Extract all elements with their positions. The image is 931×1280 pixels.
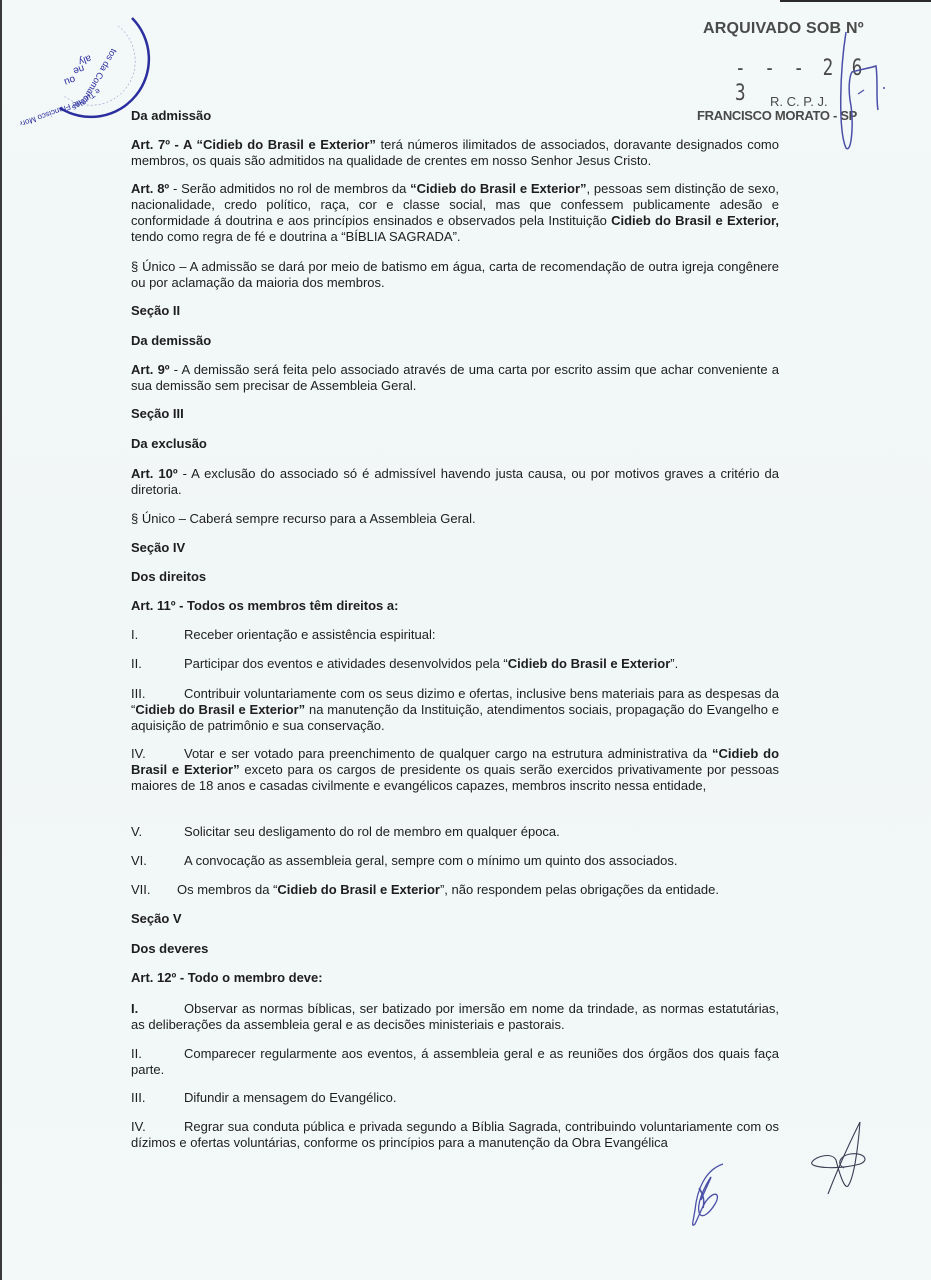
filing-stamp-city: FRANCISCO MORATO - SP bbox=[697, 108, 857, 123]
article-8-text-a: - Serão admitidos no rol de membros da bbox=[169, 181, 410, 196]
article-9-text: - A demissão será feita pelo associado a… bbox=[131, 362, 779, 393]
heading-dos-direitos: Dos direitos bbox=[131, 569, 206, 585]
item-text: Receber orientação e assistência espirit… bbox=[184, 627, 435, 642]
article-8-org-name: “Cidieb do Brasil e Exterior” bbox=[410, 181, 586, 196]
item-number: I. bbox=[131, 627, 184, 643]
duties-item-4: IV.Regrar sua conduta pública e privada … bbox=[131, 1119, 779, 1151]
heading-dos-deveres: Dos deveres bbox=[131, 941, 208, 957]
item-text-end: ”. bbox=[670, 656, 678, 671]
rights-item-1: I.Receber orientação e assistência espir… bbox=[131, 627, 779, 643]
article-10-text: - A exclusão do associado só é admissíve… bbox=[131, 466, 779, 497]
article-8: Art. 8º - Serão admitidos no rol de memb… bbox=[131, 181, 779, 245]
scan-edge-left bbox=[0, 0, 2, 1280]
rights-item-3: III.Contribuir voluntariamente com os se… bbox=[131, 686, 779, 734]
item-number: II. bbox=[131, 1046, 184, 1062]
item-text: Votar e ser votado para preenchimento de… bbox=[184, 746, 712, 761]
item-text: Participar dos eventos e atividades dese… bbox=[184, 656, 508, 671]
document-page: tos da Comarca de Francisco Morato e Tut… bbox=[0, 0, 931, 1280]
item-text: Comparecer regularmente aos eventos, á a… bbox=[131, 1046, 779, 1077]
duties-item-2: II.Comparecer regularmente aos eventos, … bbox=[131, 1046, 779, 1078]
svg-text:de Francisco Morato: de Francisco Morato bbox=[20, 98, 82, 125]
duties-item-3: III.Difundir a mensagem do Evangélico. bbox=[131, 1090, 779, 1106]
item-text: Os membros da “ bbox=[177, 882, 277, 897]
rights-item-5: V.Solicitar seu desligamento do rol de m… bbox=[131, 824, 779, 840]
item-org-name: Cidieb do Brasil e Exterior” bbox=[135, 702, 305, 717]
article-8-org-name-2: Cidieb do Brasil e Exterior, bbox=[611, 213, 779, 228]
item-number: IV. bbox=[131, 1119, 184, 1135]
item-number: II. bbox=[131, 656, 184, 672]
article-10: Art. 10º - A exclusão do associado só é … bbox=[131, 466, 779, 498]
article-8-text-c: tendo como regra de fé e doutrina a “BÍB… bbox=[131, 229, 461, 244]
item-number: III. bbox=[131, 686, 184, 702]
item-number: V. bbox=[131, 824, 184, 840]
article-8-paragraph-unico: § Único – A admissão se dará por meio de… bbox=[131, 259, 779, 291]
filing-stamp-registry: R. C. P. J. bbox=[770, 94, 828, 109]
section-3-title: Seção III bbox=[131, 406, 184, 422]
item-text: Difundir a mensagem do Evangélico. bbox=[184, 1090, 396, 1105]
item-org-name: Cidieb do Brasil e Exterior bbox=[277, 882, 440, 897]
signature-2-icon bbox=[808, 1118, 873, 1198]
item-number: VII. bbox=[131, 882, 177, 898]
article-10-label: Art. 10º bbox=[131, 466, 178, 481]
article-12: Art. 12º - Todo o membro deve: bbox=[131, 970, 323, 986]
item-number: III. bbox=[131, 1090, 184, 1106]
item-number: VI. bbox=[131, 853, 184, 869]
article-7-label: Art. 7º - A “Cidieb do Brasil e Exterior… bbox=[131, 137, 376, 152]
item-number: IV. bbox=[131, 746, 184, 762]
item-org-name: Cidieb do Brasil e Exterior bbox=[508, 656, 671, 671]
item-text: Regrar sua conduta pública e privada seg… bbox=[131, 1119, 779, 1150]
rights-item-4: IV.Votar e ser votado para preenchimento… bbox=[131, 746, 779, 794]
item-number: I. bbox=[131, 1001, 184, 1017]
item-text: Observar as normas bíblicas, ser batizad… bbox=[131, 1001, 779, 1032]
item-text: A convocação as assembleia geral, sempre… bbox=[184, 853, 678, 868]
section-5-title: Seção V bbox=[131, 911, 182, 927]
section-2-title: Seção II bbox=[131, 303, 180, 319]
scan-edge-top bbox=[780, 0, 931, 2]
article-11: Art. 11º - Todos os membros têm direitos… bbox=[131, 598, 398, 614]
signature-1-icon bbox=[685, 1160, 735, 1230]
heading-da-admissao: Da admissão bbox=[131, 108, 211, 124]
article-9: Art. 9º - A demissão será feita pelo ass… bbox=[131, 362, 779, 394]
article-9-label: Art. 9º bbox=[131, 362, 170, 377]
article-8-label: Art. 8º bbox=[131, 181, 169, 196]
heading-da-exclusao: Da exclusão bbox=[131, 436, 207, 452]
article-10-paragraph-unico: § Único – Caberá sempre recurso para a A… bbox=[131, 511, 779, 527]
heading-da-demissao: Da demissão bbox=[131, 333, 211, 349]
item-text: Solicitar seu desligamento do rol de mem… bbox=[184, 824, 560, 839]
article-7: Art. 7º - A “Cidieb do Brasil e Exterior… bbox=[131, 137, 779, 169]
initials-signature-icon bbox=[836, 30, 886, 150]
registry-seal-icon: tos da Comarca de Francisco Morato e Tut… bbox=[20, 0, 160, 125]
rights-item-2: II.Participar dos eventos e atividades d… bbox=[131, 656, 779, 672]
item-text-end: ”, não respondem pelas obrigações da ent… bbox=[440, 882, 719, 897]
section-4-title: Seção IV bbox=[131, 540, 185, 556]
svg-text:ou: ou bbox=[63, 73, 77, 87]
rights-item-6: VI.A convocação as assembleia geral, sem… bbox=[131, 853, 779, 869]
rights-item-7: VII.Os membros da “Cidieb do Brasil e Ex… bbox=[131, 882, 779, 898]
duties-item-1: I.Observar as normas bíblicas, ser batiz… bbox=[131, 1001, 779, 1033]
